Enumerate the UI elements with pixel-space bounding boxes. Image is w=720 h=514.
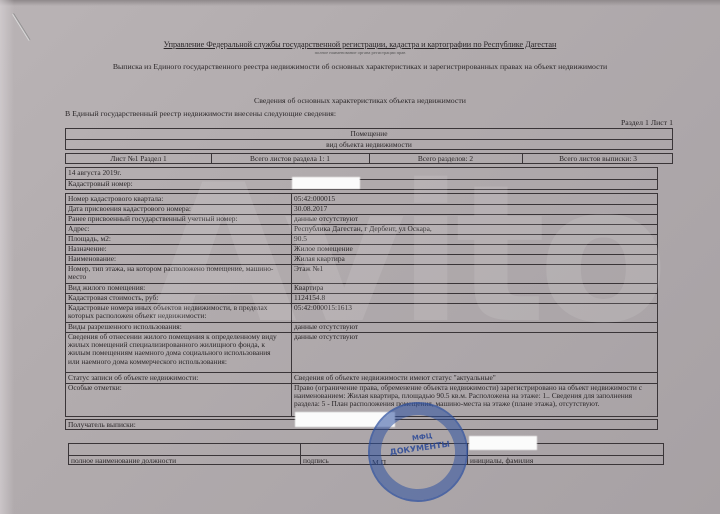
sheet-info-sections: Всего разделов: 2 bbox=[369, 155, 522, 163]
field-value: Республика Дагестан, г Дербент, ул Оскар… bbox=[294, 225, 432, 233]
paper-top-edge bbox=[0, 0, 720, 6]
field-label: Номер, тип этажа, на котором расположено… bbox=[68, 265, 288, 281]
status-notes-table: Статус записи об объекте недвижимости: С… bbox=[65, 372, 658, 417]
stamp-text: ДОКУМЕНТЫ bbox=[389, 440, 450, 457]
section-heading: Сведения об основных характеристиках объ… bbox=[0, 96, 720, 105]
field-label: Кадастровые номера иных объектов недвижи… bbox=[68, 304, 288, 320]
sheet-info-sheet: Лист №1 Раздел 1 bbox=[66, 155, 211, 163]
sheet-info-total-sheets: Всего листов выписки: 3 bbox=[522, 155, 674, 163]
divider bbox=[66, 139, 672, 140]
document-title: Выписка из Единого государственного реес… bbox=[0, 62, 720, 71]
field-value: Этаж №1 bbox=[294, 265, 323, 273]
field-label: Дата присвоения кадастрового номера: bbox=[68, 205, 191, 213]
field-value: Жилая квартира bbox=[294, 255, 345, 263]
field-label: Номер кадастрового квартала: bbox=[68, 195, 163, 203]
field-value: данные отсутствуют bbox=[294, 333, 358, 341]
field-value: 05:42:000015 bbox=[294, 195, 335, 203]
field-value: 05:42:000015:1613 bbox=[294, 304, 352, 312]
organization-name: Управление Федеральной службы государств… bbox=[0, 40, 720, 49]
divider bbox=[66, 254, 657, 255]
status-label: Статус записи об объекте недвижимости: bbox=[68, 374, 198, 382]
sheet-reference: Раздел 1 Лист 1 bbox=[621, 118, 673, 127]
field-value: 1124154.8 bbox=[294, 294, 325, 302]
field-label: Ранее присвоенный государственный учетны… bbox=[68, 215, 237, 223]
special-notes-value: Право (ограничение права, обременение об… bbox=[294, 384, 654, 409]
object-type-box: Помещение вид объекта недвижимости bbox=[65, 128, 673, 150]
date-cadastral-box: 14 августа 2019г. Кадастровый номер: bbox=[65, 167, 658, 190]
field-label: Назначение: bbox=[68, 245, 107, 253]
divider bbox=[300, 444, 301, 464]
divider bbox=[66, 179, 657, 180]
organization-caption: полное наименование органа регистрации п… bbox=[0, 50, 720, 55]
intro-text: В Единый государственный реестр недвижим… bbox=[65, 109, 336, 118]
divider bbox=[66, 283, 657, 284]
divider bbox=[66, 244, 657, 245]
divider bbox=[69, 455, 663, 456]
characteristics-table: Номер кадастрового квартала: 05:42:00001… bbox=[65, 193, 658, 373]
field-value: данные отсутствуют bbox=[294, 323, 358, 331]
stamp-abbr: МФЦ bbox=[412, 432, 433, 443]
field-label: Адрес: bbox=[68, 225, 90, 233]
name-caption: инициалы, фамилия bbox=[470, 457, 533, 465]
divider bbox=[66, 234, 657, 235]
field-label: Виды разрешенного использования: bbox=[68, 323, 182, 331]
field-value: Жилое помещение bbox=[294, 245, 353, 253]
special-notes-label: Особые отметки: bbox=[68, 384, 122, 392]
object-type-value: Помещение bbox=[66, 130, 672, 138]
field-value: 90.5 bbox=[294, 235, 307, 243]
object-type-caption: вид объекта недвижимости bbox=[66, 141, 672, 149]
cadastral-number-label: Кадастровый номер: bbox=[68, 180, 133, 188]
field-label: Сведения об отнесении жилого помещения к… bbox=[68, 333, 282, 366]
field-label: Вид жилого помещения: bbox=[68, 284, 145, 292]
field-label: Наименование: bbox=[68, 255, 116, 263]
extract-date: 14 августа 2019г. bbox=[68, 169, 121, 177]
field-value: Квартира bbox=[294, 284, 323, 292]
field-label: Площадь, м2: bbox=[68, 235, 111, 243]
position-caption: полное наименование должности bbox=[71, 457, 176, 465]
sheet-info-row: Лист №1 Раздел 1 Всего листов раздела 1:… bbox=[65, 153, 673, 164]
staple-icon bbox=[12, 13, 31, 41]
paper-left-edge bbox=[0, 0, 14, 514]
field-value: данные отсутствуют bbox=[294, 215, 358, 223]
status-value: Сведения об объекте недвижимости имеют с… bbox=[294, 374, 496, 382]
signature-caption: подпись bbox=[303, 457, 329, 465]
redacted-cadastral-number bbox=[292, 177, 360, 189]
sheet-info-section-sheets: Всего листов раздела 1: 1 bbox=[211, 155, 369, 163]
redacted-official-name bbox=[469, 436, 537, 450]
recipient-label: Получатель выписки: bbox=[68, 421, 136, 429]
field-label: Кадастровая стоимость, руб: bbox=[68, 294, 158, 302]
field-value: 30.08.2017 bbox=[294, 205, 327, 213]
signature-block: полное наименование должности подпись ин… bbox=[68, 443, 664, 465]
column-divider bbox=[291, 373, 292, 416]
